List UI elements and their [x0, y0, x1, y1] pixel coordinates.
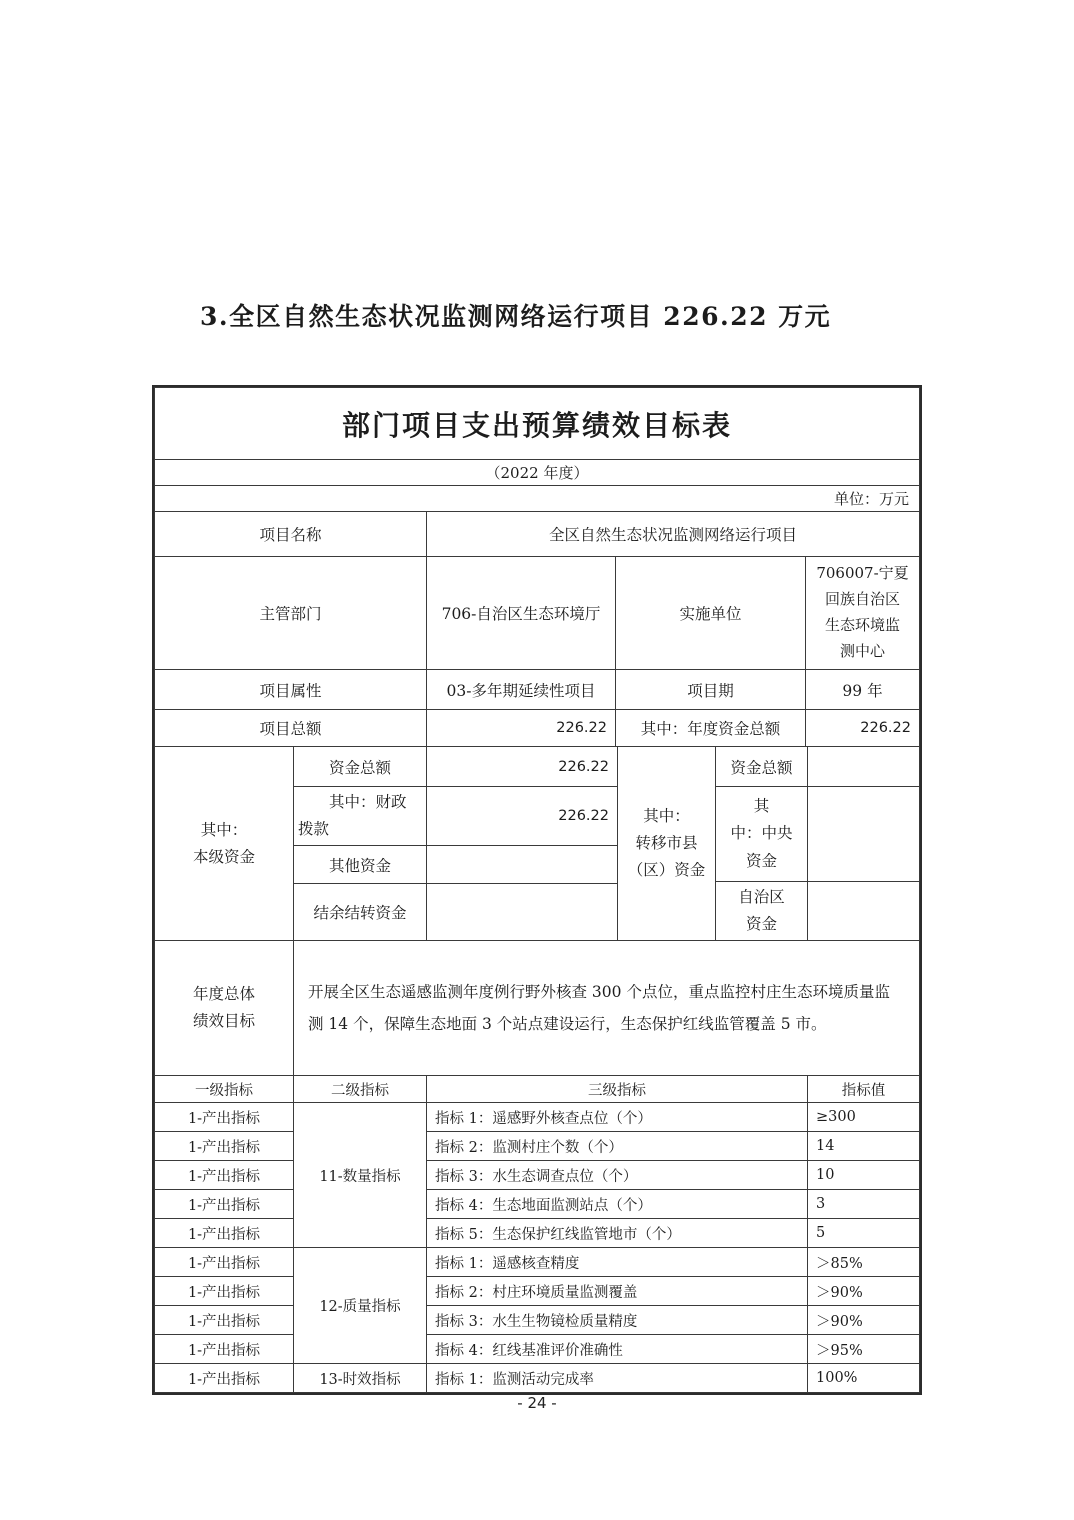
indicator-l1: 1-产出指标 [155, 1248, 294, 1277]
funds-left-table: 其中： 本级资金 资金总额 226.22 其中：财政 拨款 226.22 其他资… [154, 746, 618, 941]
indicator-row: 1-产出指标 指标 2：监测村庄个数（个） 14 [155, 1132, 920, 1161]
indicator-l1: 1-产出指标 [155, 1190, 294, 1219]
document-page: 3.全区自然生态状况监测网络运行项目 226.22 万元 部门项目支出预算绩效目… [0, 0, 1074, 1520]
indicator-value: ＞85% [808, 1248, 920, 1277]
indicator-value: ＞90% [808, 1277, 920, 1306]
indicator-value: 100% [808, 1364, 920, 1393]
region-funds-label: 自治区 资金 [716, 882, 808, 941]
funds-left-total-label: 资金总额 [294, 747, 427, 787]
transfer-total-value [808, 747, 920, 787]
indicator-value: 5 [808, 1219, 920, 1248]
indicator-row: 1-产出指标 11-数量指标 指标 1：遥感野外核查点位（个） ≥300 [155, 1103, 920, 1132]
indicator-l1: 1-产出指标 [155, 1103, 294, 1132]
dept-value: 706-自治区生态环境厅 [427, 557, 616, 670]
indicator-value: 10 [808, 1161, 920, 1190]
indicator-l1: 1-产出指标 [155, 1335, 294, 1364]
annual-total-value: 226.22 [806, 710, 920, 747]
indicator-l3: 指标 2：监测村庄个数（个） [427, 1132, 808, 1161]
indicator-l1: 1-产出指标 [155, 1161, 294, 1190]
impl-unit-label: 实施单位 [616, 557, 806, 670]
indicator-l3: 指标 3：水生生物镜检质量精度 [427, 1306, 808, 1335]
project-name-value: 全区自然生态状况监测网络运行项目 [427, 512, 920, 557]
impl-unit-value: 706007-宁夏 回族自治区 生态环境监 测中心 [806, 557, 920, 670]
indicator-row: 1-产出指标 13-时效指标 指标 1：监测活动完成率 100% [155, 1364, 920, 1393]
total-value: 226.22 [427, 710, 616, 747]
funds-left-group-label: 其中： 本级资金 [155, 747, 294, 941]
header-level3: 三级指标 [427, 1076, 808, 1103]
transfer-total-label: 资金总额 [716, 747, 808, 787]
funds-right-group-label: 其中： 转移市县 （区）资金 [618, 747, 716, 941]
indicator-row: 1-产出指标 指标 2：村庄环境质量监测覆盖 ＞90% [155, 1277, 920, 1306]
indicator-section: 年度总体 绩效目标 开展全区生态遥感监测年度例行野外核查 300 个点位，重点监… [154, 940, 920, 1393]
indicator-row: 1-产出指标 12-质量指标 指标 1：遥感核查精度 ＞85% [155, 1248, 920, 1277]
indicator-row: 1-产出指标 指标 4：生态地面监测站点（个） 3 [155, 1190, 920, 1219]
indicator-l1: 1-产出指标 [155, 1219, 294, 1248]
table-subtitle-year: （2022 年度） [155, 460, 920, 486]
indicator-l1: 1-产出指标 [155, 1364, 294, 1393]
table-top-section: 部门项目支出预算绩效目标表 （2022 年度） 单位：万元 项目名称 全区自然生… [154, 387, 920, 747]
project-name-label: 项目名称 [155, 512, 427, 557]
funds-right-table: 其中： 转移市县 （区）资金 资金总额 其 中：中央 资金 自治区 资金 [617, 746, 920, 941]
indicator-row: 1-产出指标 指标 3：水生生物镜检质量精度 ＞90% [155, 1306, 920, 1335]
annual-goal-label: 年度总体 绩效目标 [155, 941, 294, 1076]
total-label: 项目总额 [155, 710, 427, 747]
indicator-l3: 指标 4：生态地面监测站点（个） [427, 1190, 808, 1219]
indicator-l1: 1-产出指标 [155, 1132, 294, 1161]
indicator-value: 3 [808, 1190, 920, 1219]
indicator-value: ＞95% [808, 1335, 920, 1364]
indicator-l3: 指标 4：红线基准评价准确性 [427, 1335, 808, 1364]
header-level1: 一级指标 [155, 1076, 294, 1103]
indicator-row: 1-产出指标 指标 4：红线基准评价准确性 ＞95% [155, 1335, 920, 1364]
annual-total-label: 其中：年度资金总额 [616, 710, 806, 747]
indicator-l1: 1-产出指标 [155, 1277, 294, 1306]
attr-label: 项目属性 [155, 670, 427, 710]
indicator-l3: 指标 2：村庄环境质量监测覆盖 [427, 1277, 808, 1306]
central-funds-label: 其 中：中央 资金 [716, 787, 808, 882]
indicator-row: 1-产出指标 指标 3：水生态调查点位（个） 10 [155, 1161, 920, 1190]
unit-note: 单位：万元 [155, 486, 920, 512]
document-content: 3.全区自然生态状况监测网络运行项目 226.22 万元 部门项目支出预算绩效目… [152, 297, 922, 1395]
indicator-row: 1-产出指标 指标 5：生态保护红线监管地市（个） 5 [155, 1219, 920, 1248]
period-value: 99 年 [806, 670, 920, 710]
funds-left-total-value: 226.22 [427, 747, 618, 787]
region-funds-value [808, 882, 920, 941]
header-value: 指标值 [808, 1076, 920, 1103]
indicator-value: 14 [808, 1132, 920, 1161]
central-funds-value [808, 787, 920, 882]
period-label: 项目期 [616, 670, 806, 710]
indicator-l1: 1-产出指标 [155, 1306, 294, 1335]
funds-section: 其中： 本级资金 资金总额 226.22 其中：财政 拨款 226.22 其他资… [154, 746, 920, 941]
indicator-value: ≥300 [808, 1103, 920, 1132]
indicator-l3: 指标 1：监测活动完成率 [427, 1364, 808, 1393]
indicator-l3: 指标 1：遥感野外核查点位（个） [427, 1103, 808, 1132]
carryover-funds-value [427, 884, 618, 941]
annual-goal-text: 开展全区生态遥感监测年度例行野外核查 300 个点位，重点监控村庄生态环境质量监… [294, 941, 920, 1076]
other-funds-label: 其他资金 [294, 846, 427, 884]
budget-table: 部门项目支出预算绩效目标表 （2022 年度） 单位：万元 项目名称 全区自然生… [152, 385, 922, 1395]
table-title: 部门项目支出预算绩效目标表 [155, 388, 920, 460]
fiscal-appropriation-label: 其中：财政 拨款 [294, 787, 427, 846]
page-number: - 24 - [0, 1394, 1074, 1412]
indicator-l3: 指标 1：遥感核查精度 [427, 1248, 808, 1277]
section-heading: 3.全区自然生态状况监测网络运行项目 226.22 万元 [200, 297, 922, 333]
indicator-group-quality: 12-质量指标 [294, 1248, 427, 1364]
header-level2: 二级指标 [294, 1076, 427, 1103]
fiscal-appropriation-value: 226.22 [427, 787, 618, 846]
indicator-group-timeliness: 13-时效指标 [294, 1364, 427, 1393]
other-funds-value [427, 846, 618, 884]
attr-value: 03-多年期延续性项目 [427, 670, 616, 710]
carryover-funds-label: 结余结转资金 [294, 884, 427, 941]
indicator-l3: 指标 5：生态保护红线监管地市（个） [427, 1219, 808, 1248]
indicator-group-quantity: 11-数量指标 [294, 1103, 427, 1248]
indicator-l3: 指标 3：水生态调查点位（个） [427, 1161, 808, 1190]
indicator-value: ＞90% [808, 1306, 920, 1335]
dept-label: 主管部门 [155, 557, 427, 670]
